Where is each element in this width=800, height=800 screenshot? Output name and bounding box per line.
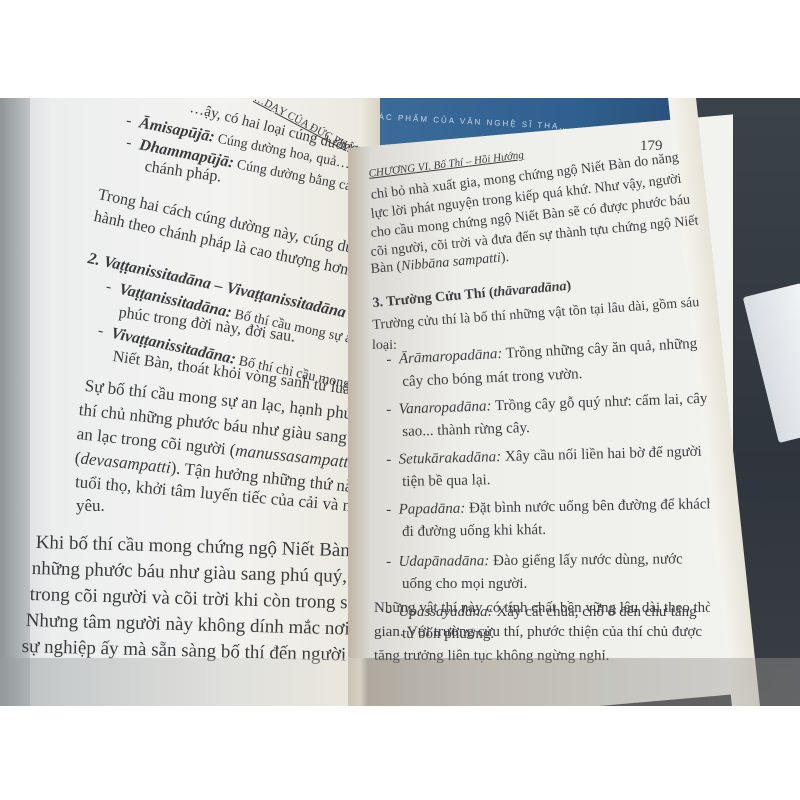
- right-page-text: 179 CHƯƠNG VI. Bố Thí – Hồi Hướng chỉ bỏ…: [360, 98, 710, 706]
- bullet: -: [386, 452, 391, 468]
- text-run: ): [566, 279, 572, 294]
- term: Setukārakadāna:: [398, 449, 501, 468]
- bullet: -: [386, 402, 392, 418]
- definition: Đặt bình nước uống bên đường để khách: [465, 496, 710, 516]
- text-run: Bàn (: [370, 259, 402, 277]
- bullet: -: [386, 352, 392, 368]
- term: Ārāmaropadāna:: [398, 346, 502, 367]
- bullet: -: [104, 278, 113, 296]
- side-package: [743, 283, 800, 443]
- term: Papadāna:: [398, 501, 465, 518]
- list-item: - Ārāmaropadāna: Trồng những cây ăn quả,…: [386, 336, 698, 369]
- list-item: - Udapānadāna: Đào giếng lấy nước dùng, …: [386, 551, 683, 571]
- line: uống cho mọi người.: [402, 576, 527, 593]
- definition: Trồng những cây ăn quả, những: [502, 336, 698, 362]
- bullet: -: [125, 134, 133, 152]
- line: đi đường uống khi khát.: [402, 522, 546, 541]
- term-thavaradana: thāvaradāna: [493, 279, 567, 300]
- definition: Trồng cây gỗ quý như: cẩm lai, cây: [491, 391, 707, 415]
- text-run: 3. Trường Cửu Thí (: [372, 285, 494, 311]
- book-photo: TÁC PHẨM CỦA VĂN NGHỆ SĨ THA… TR …DẠY CỦ…: [0, 98, 800, 706]
- line: cây cho bóng mát trong vườn.: [402, 366, 583, 391]
- bullet: -: [386, 554, 391, 570]
- bullet: -: [125, 112, 133, 130]
- term: Udapānadāna:: [398, 553, 489, 570]
- definition: Xây cầu nối liền hai bờ để người: [501, 444, 702, 465]
- line: sao... thành rừng cây.: [402, 420, 530, 441]
- bottom-shadow: [0, 658, 800, 706]
- definition: Đào giếng lấy nước dùng, nước: [489, 551, 682, 569]
- line: yêu.: [76, 496, 105, 516]
- list-item: - Vanaropadāna: Trồng cây gỗ quý như: cẩ…: [386, 391, 708, 419]
- line: tiện bề qua lại.: [402, 472, 491, 491]
- line: Những vật thí này có tính chất bền vững …: [374, 600, 710, 617]
- text-run: ).: [500, 250, 509, 266]
- bullet: -: [96, 322, 105, 340]
- term: Vanaropadāna:: [398, 398, 491, 417]
- list-item: - Setukārakadāna: Xây cầu nối liền hai b…: [386, 444, 702, 469]
- bullet: -: [386, 502, 391, 518]
- left-page-text: …DẠY CỦA ĐỨC PHẬT… …ậy, có hai loại cúng…: [0, 98, 370, 706]
- line: gian. Với trường cửu thí, phước thiện củ…: [374, 624, 702, 641]
- list-item: - Papadāna: Đặt bình nước uống bên đường…: [386, 496, 710, 519]
